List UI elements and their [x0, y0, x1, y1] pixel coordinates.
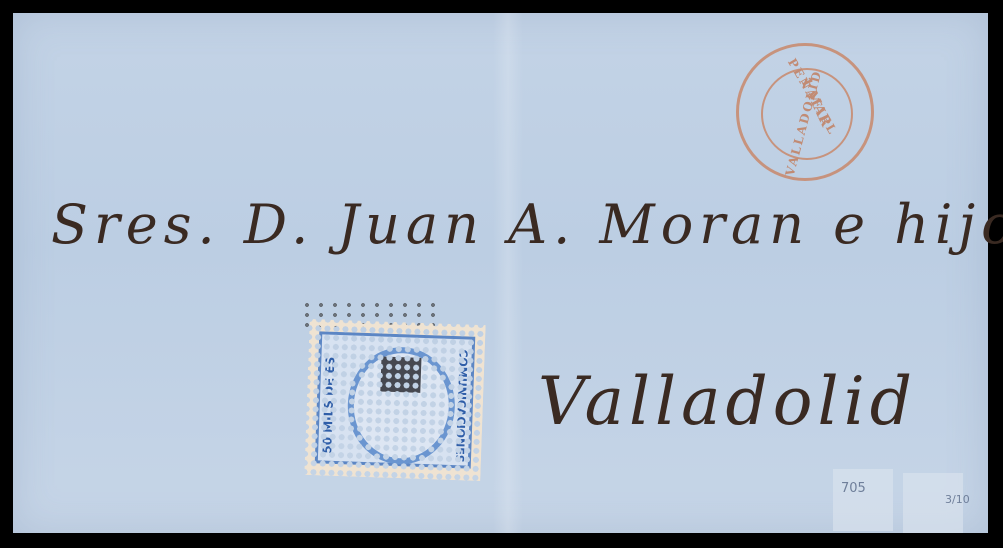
postage-stamp: 50 MILS DE ES COMUNICACIONES [304, 319, 485, 481]
cancel-mark [380, 357, 421, 393]
address-line-1: Sres. D. Juan A. Moran e hijos [51, 193, 1003, 256]
address-city: Valladolid [538, 363, 917, 440]
label-note-1: 705 [833, 469, 893, 531]
stamp-value-text: 50 MILS DE ES [320, 356, 337, 453]
postmark: PEÑAFIEL VALLADOLID 1 MAR [736, 43, 874, 181]
stamp-country-text: COMUNICACIONES [453, 349, 470, 463]
envelope-cover: PEÑAFIEL VALLADOLID 1 MAR Sres. D. Juan … [13, 13, 988, 533]
label-note-2: 3/10 [903, 473, 963, 533]
paper-fold [493, 13, 523, 533]
